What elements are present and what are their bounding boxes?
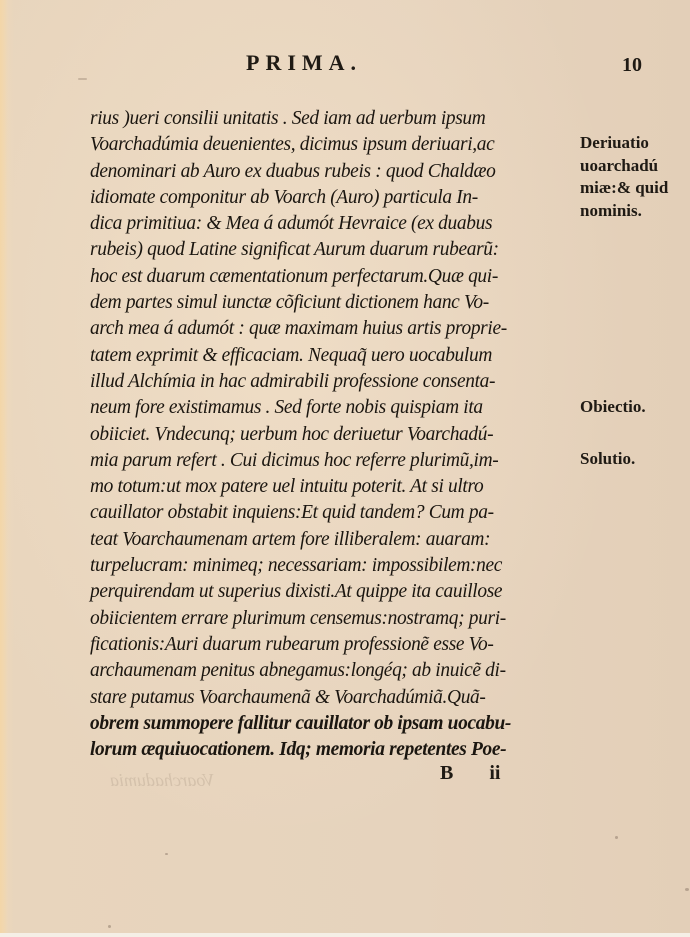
margin-note-line: nominis. — [580, 200, 668, 223]
paper-speck — [615, 836, 618, 839]
text-line: perquirendam ut superius dixisti.At quip… — [90, 579, 578, 605]
text-line: Voarchadúmia deuenientes, dicimus ipsum … — [90, 132, 578, 158]
main-text-block: rius )ueri consilii unitatis . Sed iam a… — [90, 106, 580, 763]
text-line: mo totum:ut mox patere uel intuitu poter… — [90, 474, 578, 500]
text-line: obiiciet. Vndecunq; uerbum hoc deriuetur… — [90, 422, 578, 448]
margin-note-line: Deriuatio — [580, 132, 668, 155]
paper-speck — [165, 853, 168, 855]
margin-note-line: miæ:& quid — [580, 177, 668, 200]
text-line: mia parum refert . Cui dicimus hoc refer… — [90, 448, 578, 474]
running-head: PRIMA. — [246, 50, 362, 76]
text-line: cauillator obstabit inquiens:Et quid tan… — [90, 500, 578, 526]
text-line: stare putamus Voarchaumenã & Voarchadúmi… — [90, 685, 578, 711]
margin-note-derivation: Deriuatio uoarchadú miæ:& quid nominis. — [580, 132, 668, 222]
margin-note-line: Obiectio. — [580, 396, 646, 419]
text-line: ficationis:Auri duarum rubearum professi… — [90, 632, 578, 658]
paper-speck — [78, 78, 87, 80]
text-line: tatem exprimit & efficaciam. Nequaq̃ uer… — [90, 343, 578, 369]
text-line: arch mea á adumót : quæ maximam huius ar… — [90, 316, 578, 342]
text-line: obiicientem errare plurimum censemus:nos… — [90, 606, 578, 632]
margin-note-objection: Obiectio. — [580, 396, 646, 419]
text-line: hoc est duarum cæmentationum perfectarum… — [90, 264, 578, 290]
signature-number: ii — [489, 762, 500, 784]
text-line: illud Alchímia in hac admirabili profess… — [90, 369, 578, 395]
show-through-text: Voarchadumia — [110, 770, 214, 791]
signature-letter: B — [440, 762, 453, 784]
paper-speck — [685, 888, 689, 891]
text-line: turpelucram: minimeq; necessariam: impos… — [90, 553, 578, 579]
book-page: PRIMA. 10 rius )ueri consilii unitatis .… — [0, 0, 690, 937]
text-line: dica primitiua: & Mea á adumót Hevraice … — [90, 211, 578, 237]
text-line: dem partes simul iunctæ cõficiunt dictio… — [90, 290, 578, 316]
margin-note-line: uoarchadú — [580, 155, 668, 178]
text-line: obrem summopere fallitur cauillator ob i… — [90, 711, 578, 737]
signature-mark: Bii — [440, 762, 500, 785]
text-line: rius )ueri consilii unitatis . Sed iam a… — [90, 106, 578, 132]
margin-note-solution: Solutio. — [580, 448, 635, 471]
margin-note-line: Solutio. — [580, 448, 635, 471]
text-line: lorum æquiuocationem. Idq; memoria repet… — [90, 737, 578, 763]
paper-speck — [108, 925, 111, 928]
text-line: denominari ab Auro ex duabus rubeis : qu… — [90, 159, 578, 185]
text-line: neum fore existimamus . Sed forte nobis … — [90, 395, 578, 421]
text-line: idiomate componitur ab Voarch (Auro) par… — [90, 185, 578, 211]
page-number: 10 — [622, 54, 642, 77]
text-line: teat Voarchaumenam artem fore illiberale… — [90, 527, 578, 553]
text-line: archaumenam penitus abnegamus:longéq; ab… — [90, 658, 578, 684]
text-line: rubeis) quod Latine significat Aurum dua… — [90, 237, 578, 263]
